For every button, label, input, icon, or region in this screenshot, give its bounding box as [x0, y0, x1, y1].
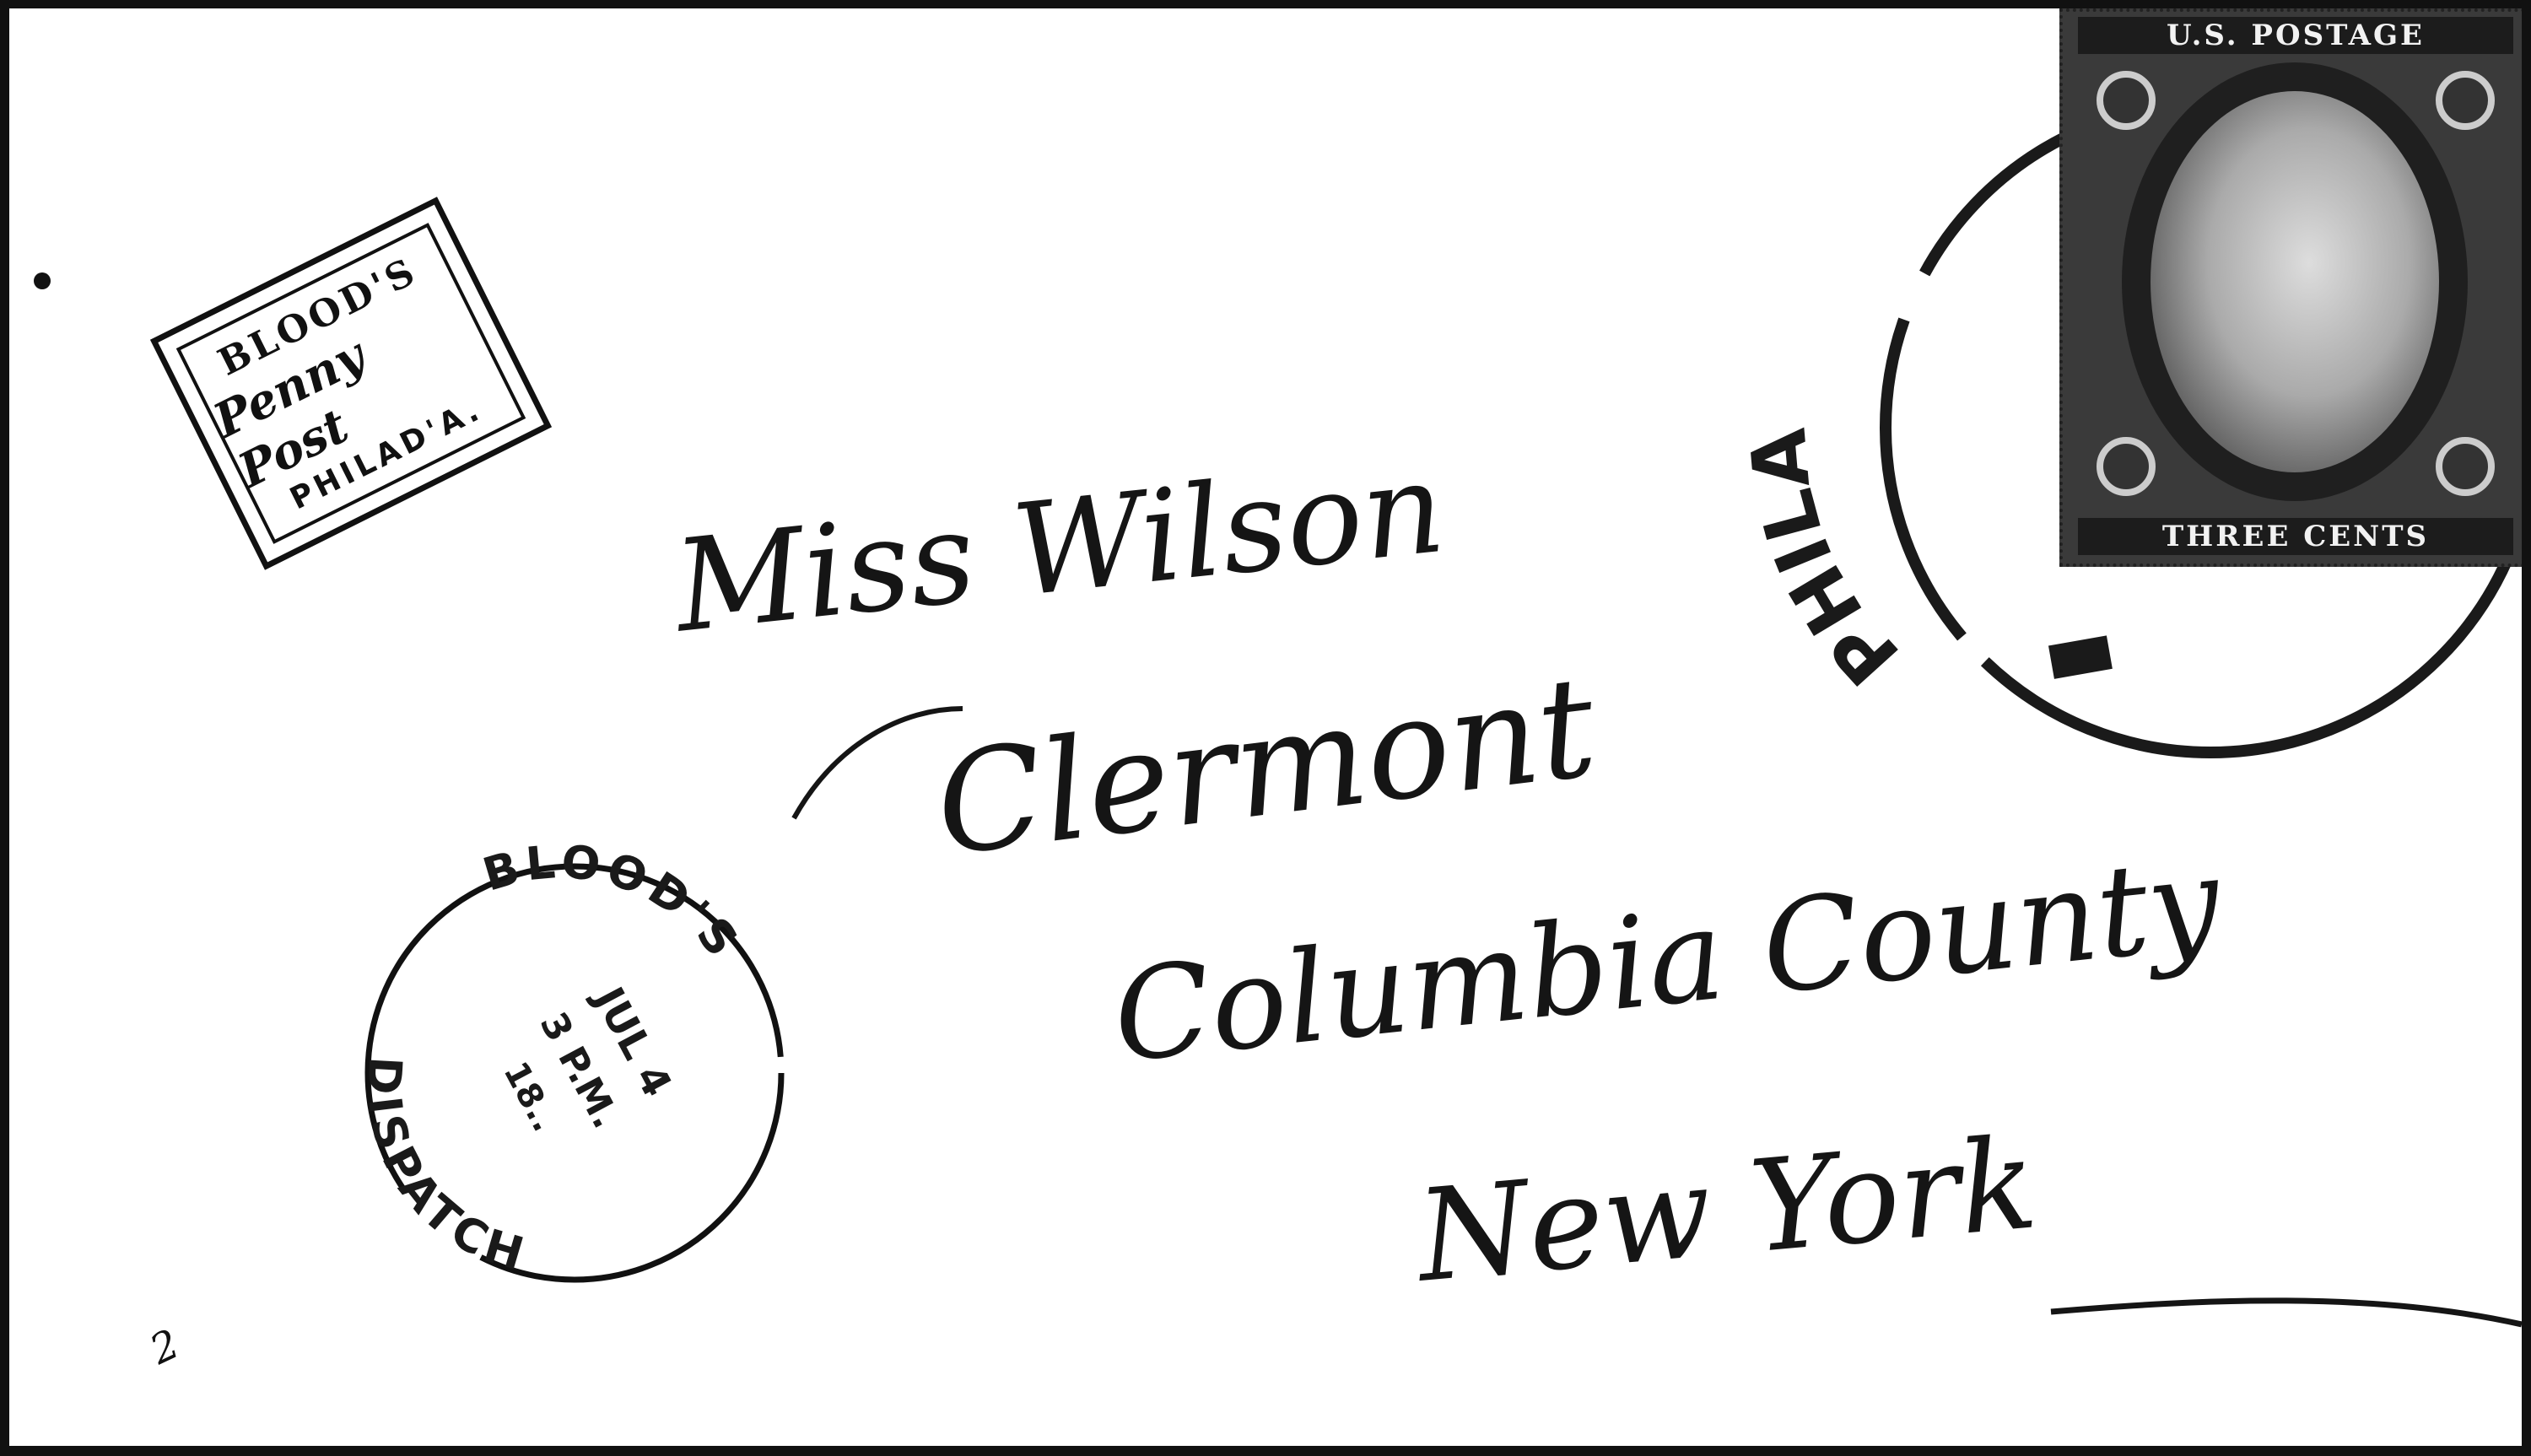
document-frame: PHILA BLOOD'S DISPATCH JUL 4 3 P.M. 18.. — [0, 0, 2531, 1456]
dispatch-ring-bottom: DISPATCH — [294, 1033, 589, 1297]
stamp-top-text: U.S. POSTAGE — [2078, 17, 2513, 54]
rosette-icon — [2097, 71, 2156, 130]
us-three-cent-stamp: U.S. POSTAGE THREE CENTS — [2059, 8, 2522, 567]
stamp-bottom-text: THREE CENTS — [2078, 518, 2513, 555]
rosette-icon — [2097, 437, 2156, 496]
washington-portrait-icon — [2122, 62, 2468, 501]
rosette-icon — [2436, 437, 2495, 496]
envelope: PHILA BLOOD'S DISPATCH JUL 4 3 P.M. 18.. — [9, 8, 2522, 1446]
pen-flourish — [2051, 1301, 2522, 1324]
rosette-icon — [2436, 71, 2495, 130]
ink-dot — [34, 272, 51, 289]
dispatch-postmark: BLOOD'S DISPATCH JUL 4 3 P.M. 18.. — [294, 767, 781, 1297]
margin-mark: 2 — [143, 1320, 186, 1374]
